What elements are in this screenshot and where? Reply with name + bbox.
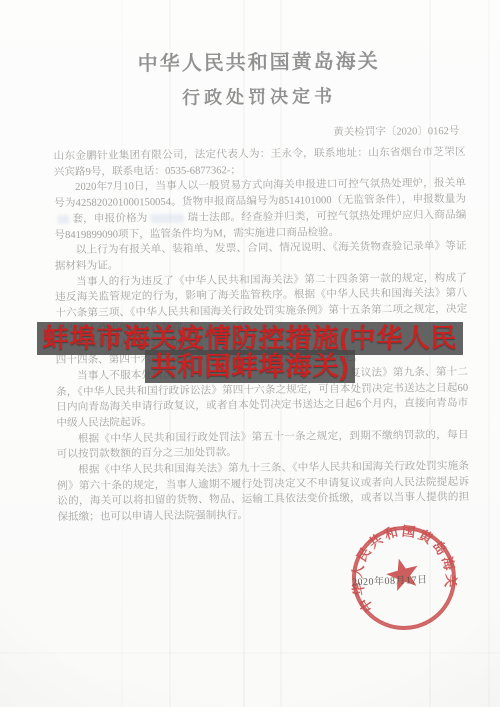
article-headline-overlay: 蚌埠市海关疫情防控措施(中华人民共和国蚌埠海关)	[0, 325, 500, 380]
paper-crease-horizontal	[0, 652, 500, 654]
document-photo: 中华人民共和国黄岛海关 行政处罚决定书 黄关检罚字〔2020〕0162号 山东金…	[0, 0, 500, 707]
facts-paragraph: 2020年7月10日，当事人以一般贸易方式向海关申报进口可控气氛热处理炉，报关单…	[54, 176, 467, 243]
document-number: 黄关检罚字〔2020〕0162号	[53, 123, 465, 142]
party-info-paragraph: 山东金鹏针业集团有限公司，法定代表人为：王永令，联系地址：山东省烟台市芝罘区兴宾…	[54, 145, 466, 181]
seal-date: 2020年08月17日	[352, 571, 428, 589]
document-title-authority: 中华人民共和国黄岛海关	[53, 44, 465, 77]
penalty-decision-document: 中华人民共和国黄岛海关 行政处罚决定书 黄关检罚字〔2020〕0162号 山东金…	[53, 44, 470, 526]
article-headline-text: 蚌埠市海关疫情防控措施(中华人民共和国蚌埠海关)	[37, 322, 464, 383]
facts-text-1: 2020年7月10日，当事人以一般贸易方式向海关申报进口可控气氛热处理炉，报关单…	[54, 178, 466, 209]
late-payment-surcharge-paragraph: 根据《中华人民共和国行政处罚法》第五十一条之规定，到期不缴纳罚款的，每日可以按罚…	[57, 427, 469, 463]
evidence-paragraph: 以上行为有报关单、装箱单、发票、合同、情况说明、《海关货物查验记录单》等证据材料…	[55, 239, 467, 275]
document-title-type: 行政处罚决定书	[53, 81, 465, 111]
facts-text-2: 套，申报价格为	[72, 213, 147, 225]
redaction-price	[150, 214, 184, 223]
redaction-quantity	[57, 215, 69, 224]
